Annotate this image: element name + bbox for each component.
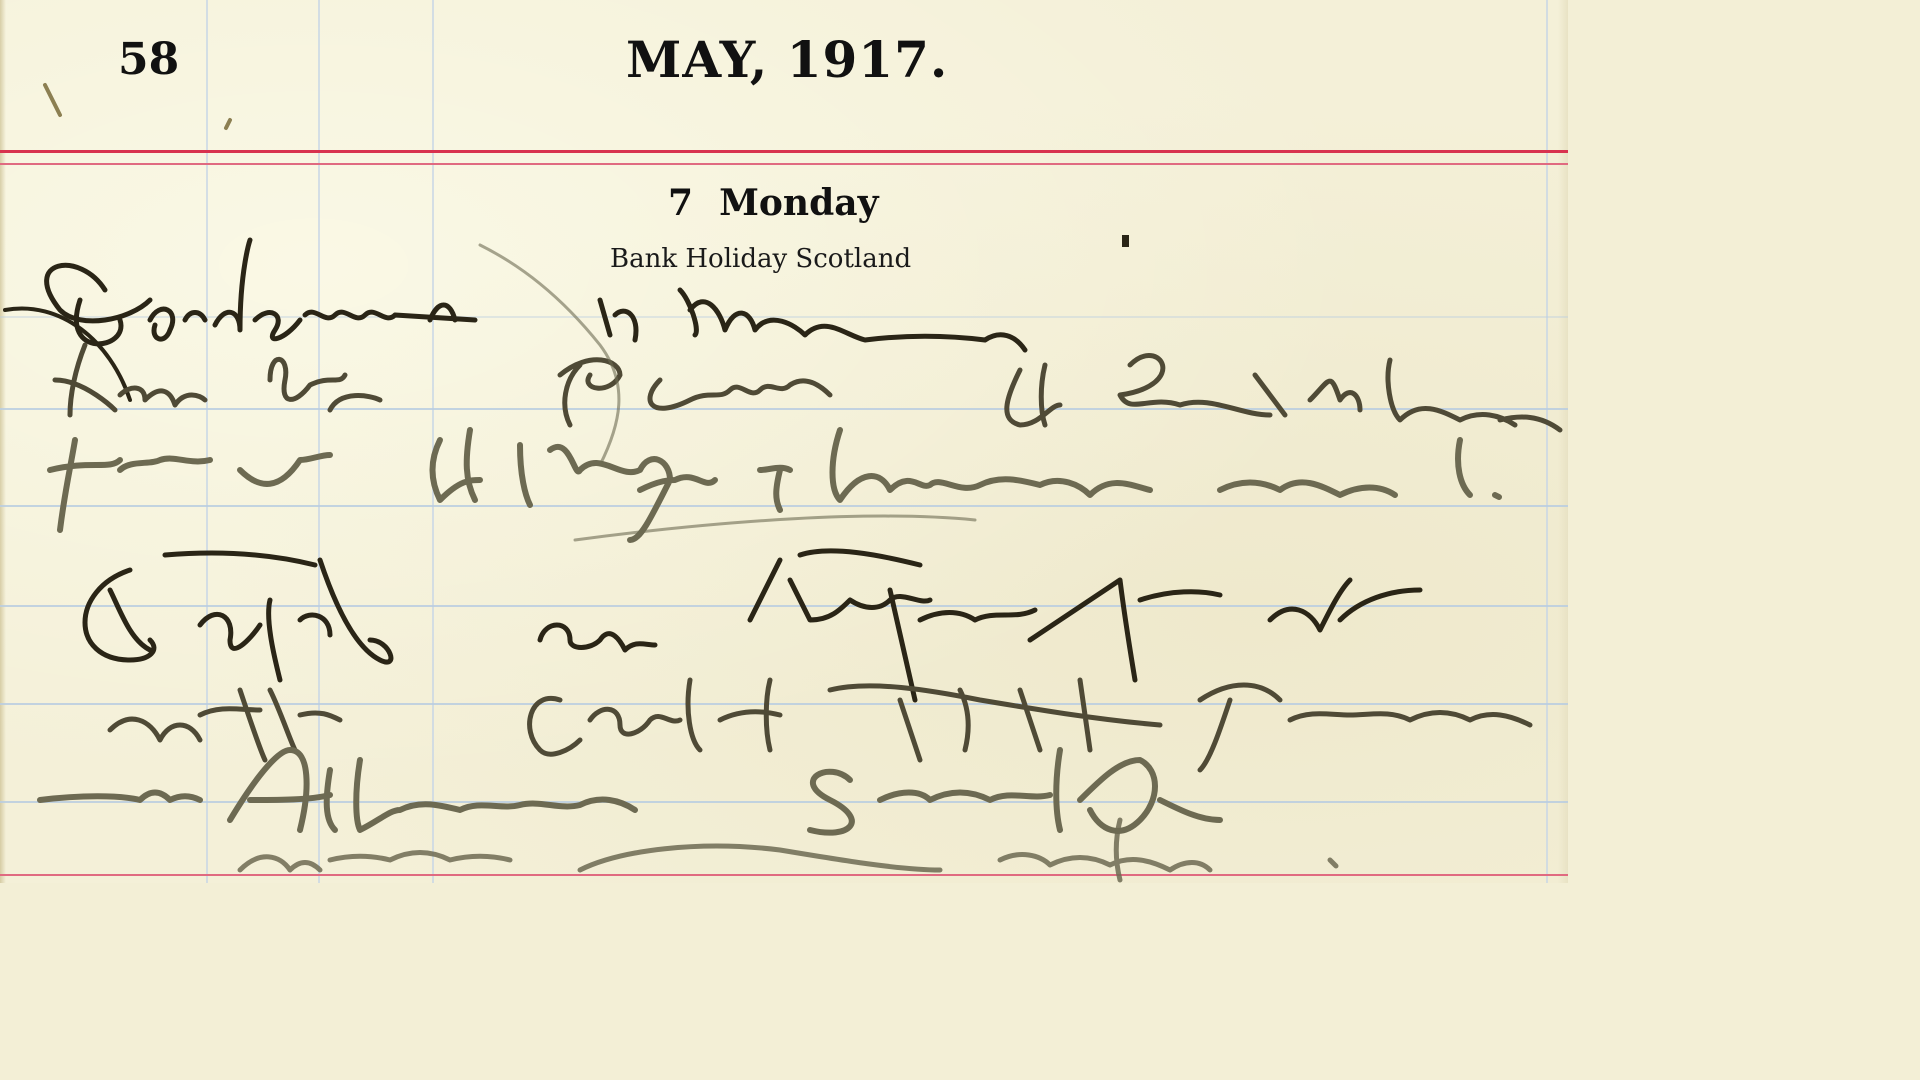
diary-page: 58 MAY, 1917. 7Monday Bank Holiday Scotl… [0, 0, 1568, 883]
handwriting-ink [0, 0, 1568, 883]
